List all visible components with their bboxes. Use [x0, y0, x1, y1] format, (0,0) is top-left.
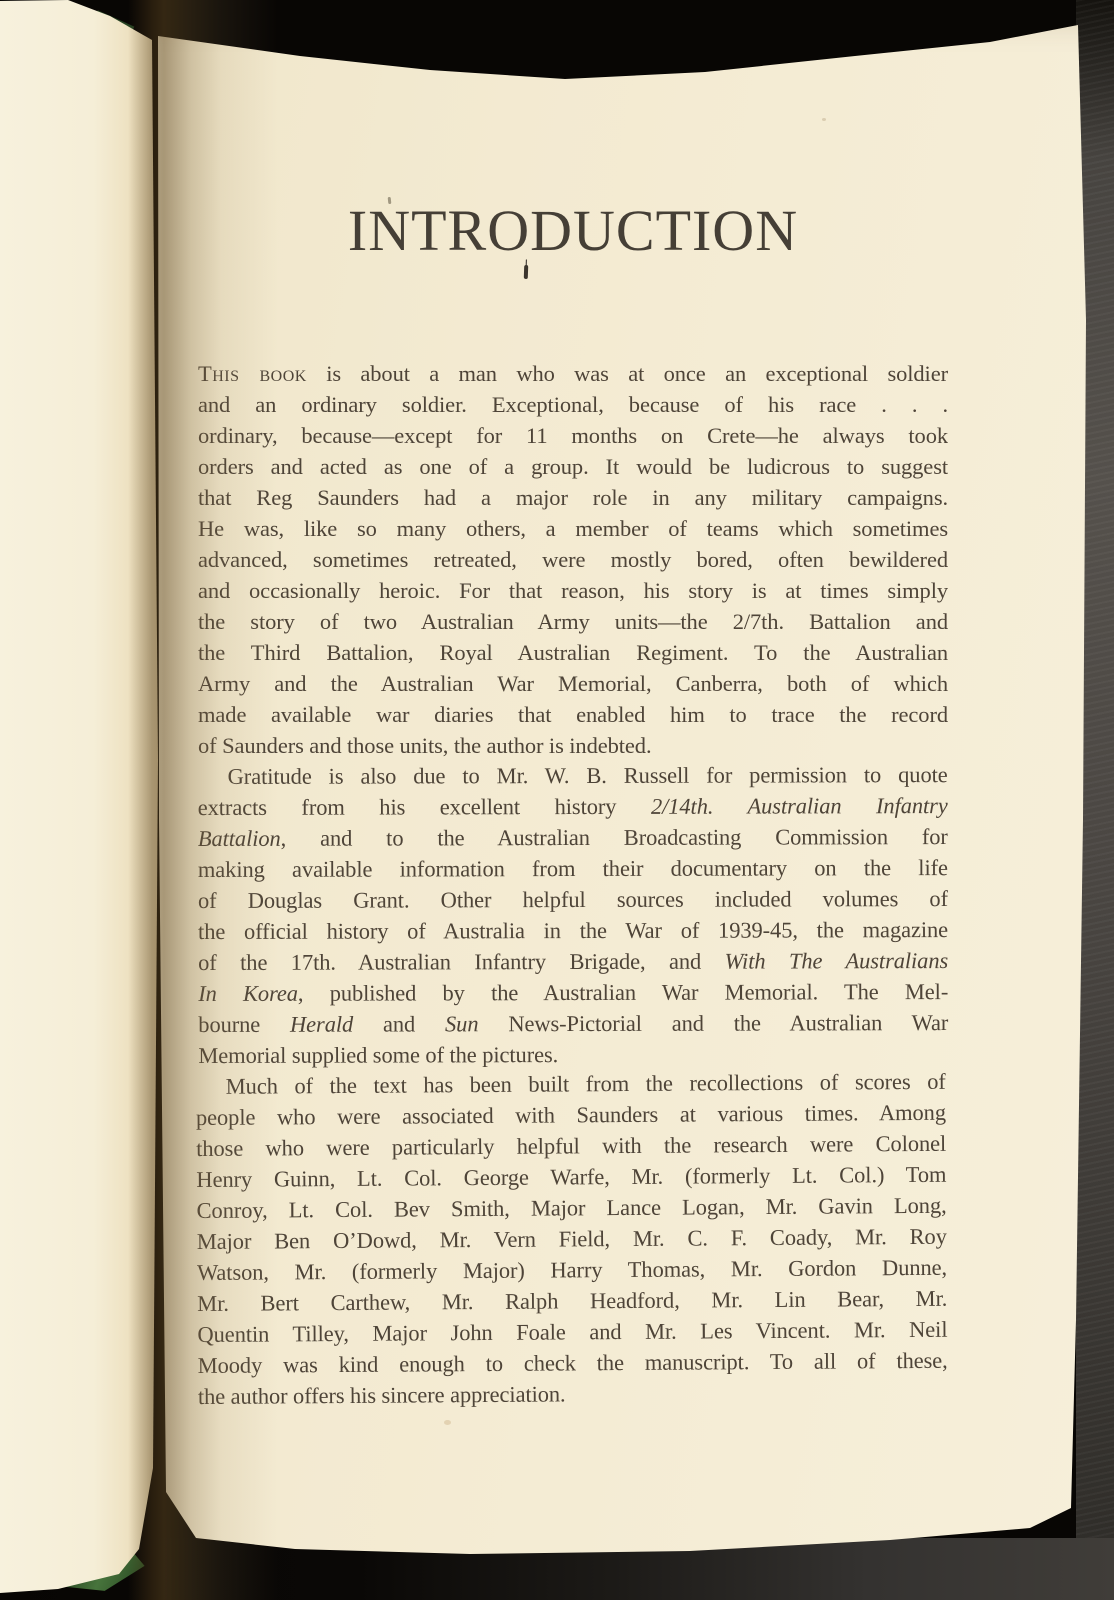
text-line: of Saunders and those units, the author …	[198, 730, 948, 761]
paper-speck	[444, 1420, 451, 1425]
text-line: In Korea, published by the Australian Wa…	[198, 976, 948, 1009]
text-line: and occasionally heroic. For that reason…	[198, 575, 948, 606]
text-line: Moody was kind enough to check the manus…	[198, 1345, 948, 1381]
text-line: of Douglas Grant. Other helpful sources …	[198, 883, 948, 916]
book-page: INTRODUCTION This book is about a man wh…	[0, 0, 1114, 1600]
text-block: This book is about a man who was at once…	[198, 358, 948, 1412]
ink-mark	[524, 265, 528, 279]
text-line: the official history of Australia in the…	[198, 914, 948, 947]
text-line: the Third Battalion, Royal Australian Re…	[198, 637, 948, 668]
text-line: made available war diaries that enabled …	[198, 699, 948, 730]
text-line: bourne Herald and Sun News-Pictorial and…	[198, 1007, 948, 1040]
paper-speck	[822, 118, 826, 121]
text-line: Army and the Australian War Memorial, Ca…	[198, 668, 948, 699]
text-line: Battalion, and to the Australian Broadca…	[198, 821, 948, 854]
paragraph: This book is about a man who was at once…	[198, 358, 948, 761]
text-line: that Reg Saunders had a major role in an…	[198, 482, 948, 513]
text-line: the story of two Australian Army units—t…	[198, 606, 948, 637]
text-line: ordinary, because—except for 11 months o…	[198, 420, 948, 451]
text-line: and an ordinary soldier. Exceptional, be…	[198, 389, 948, 420]
paragraph: Much of the text has been built from the…	[196, 1066, 948, 1412]
text-line: advanced, sometimes retreated, were most…	[198, 544, 948, 575]
text-line: He was, like so many others, a member of…	[198, 513, 948, 544]
facing-page-edge	[0, 0, 170, 1600]
text-line: Gratitude is also due to Mr. W. B. Russe…	[198, 759, 948, 792]
text-line: extracts from his excellent history 2/14…	[198, 790, 948, 823]
page-title: INTRODUCTION	[198, 201, 948, 261]
text-line: making available information from their …	[198, 852, 948, 885]
text-line: orders and acted as one of a group. It w…	[198, 451, 948, 482]
text-line: This book is about a man who was at once…	[198, 358, 948, 389]
text-line: of the 17th. Australian Infantry Brigade…	[198, 945, 948, 978]
text-line: the author offers his sincere appreciati…	[198, 1376, 948, 1412]
paragraph: Gratitude is also due to Mr. W. B. Russe…	[198, 759, 949, 1071]
ink-speck	[388, 197, 392, 204]
book-page-photo: INTRODUCTION This book is about a man wh…	[0, 0, 1114, 1600]
